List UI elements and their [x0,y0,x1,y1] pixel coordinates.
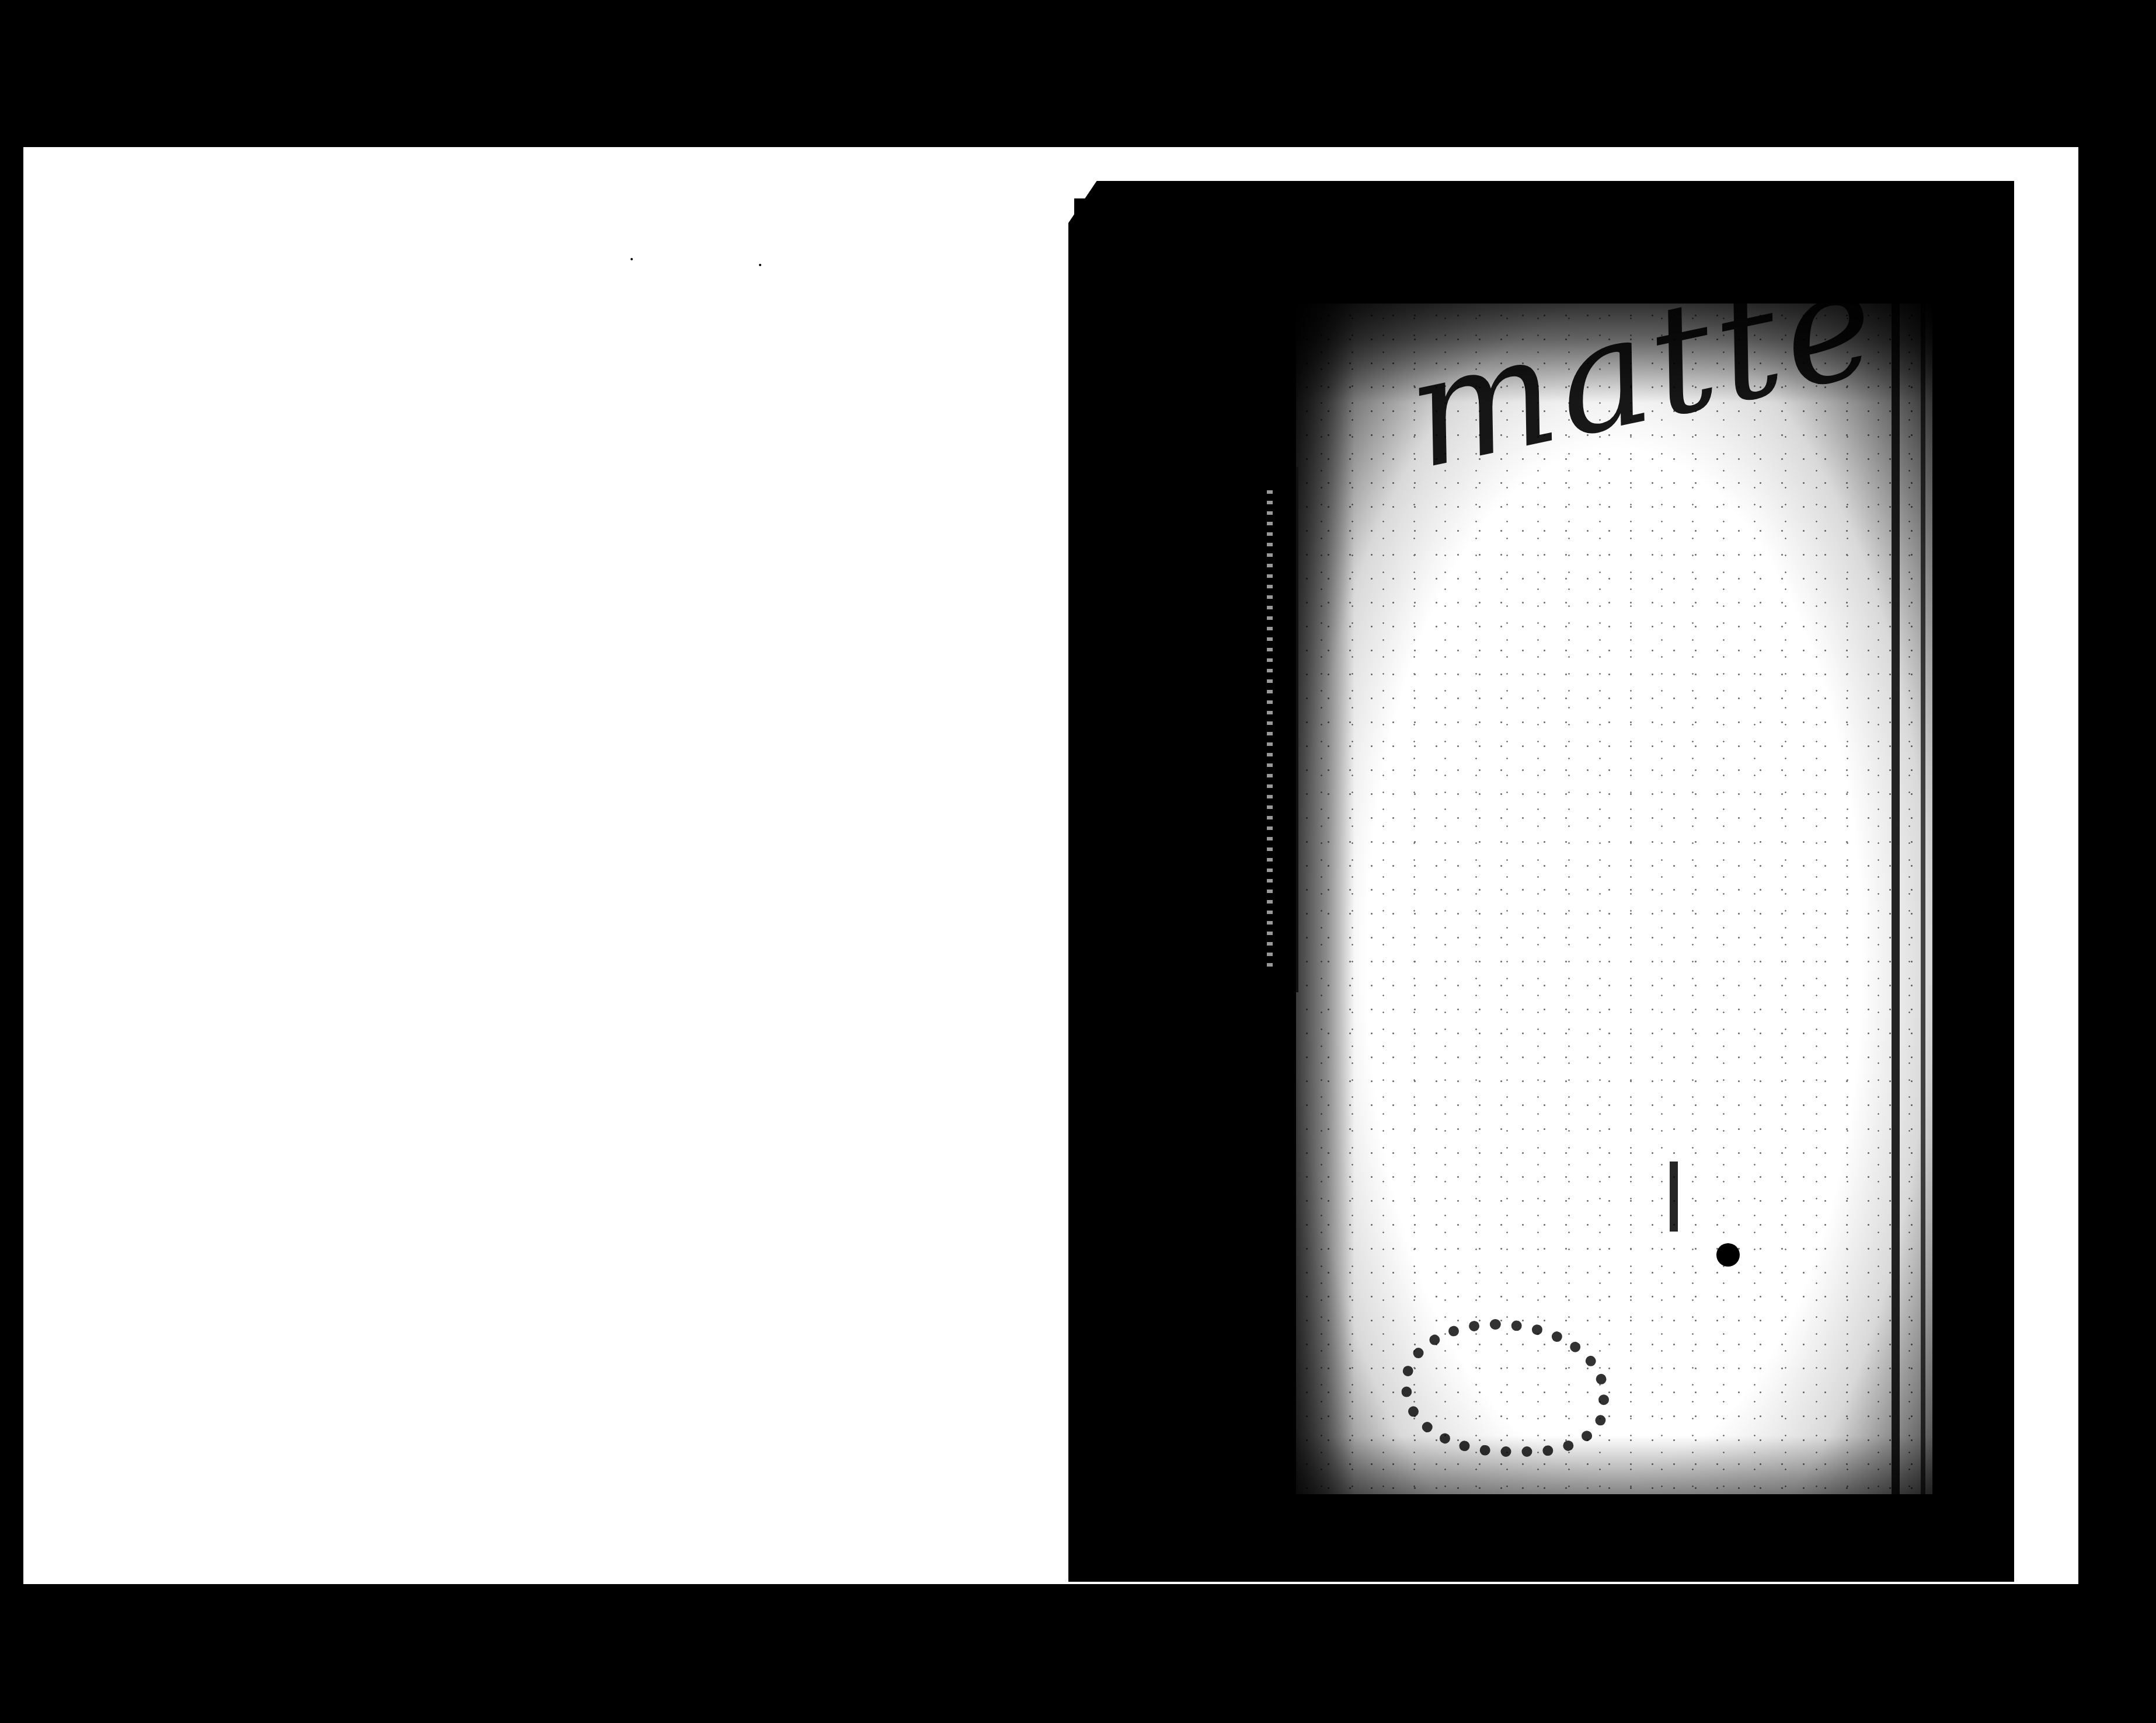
cover-worn-area [1296,304,1932,1494]
cover-crease-line [1892,274,1900,1558]
spine-tab [1203,467,1298,992]
speck [759,264,761,266]
left-blank-page [23,147,1074,1584]
cover-right-edge [1967,245,2014,1156]
ink-mark [1670,1162,1678,1232]
ink-blot [1716,1243,1740,1267]
cover-crease-line [1921,274,1925,1558]
speck [631,258,633,260]
right-black-border [2078,147,2156,1584]
